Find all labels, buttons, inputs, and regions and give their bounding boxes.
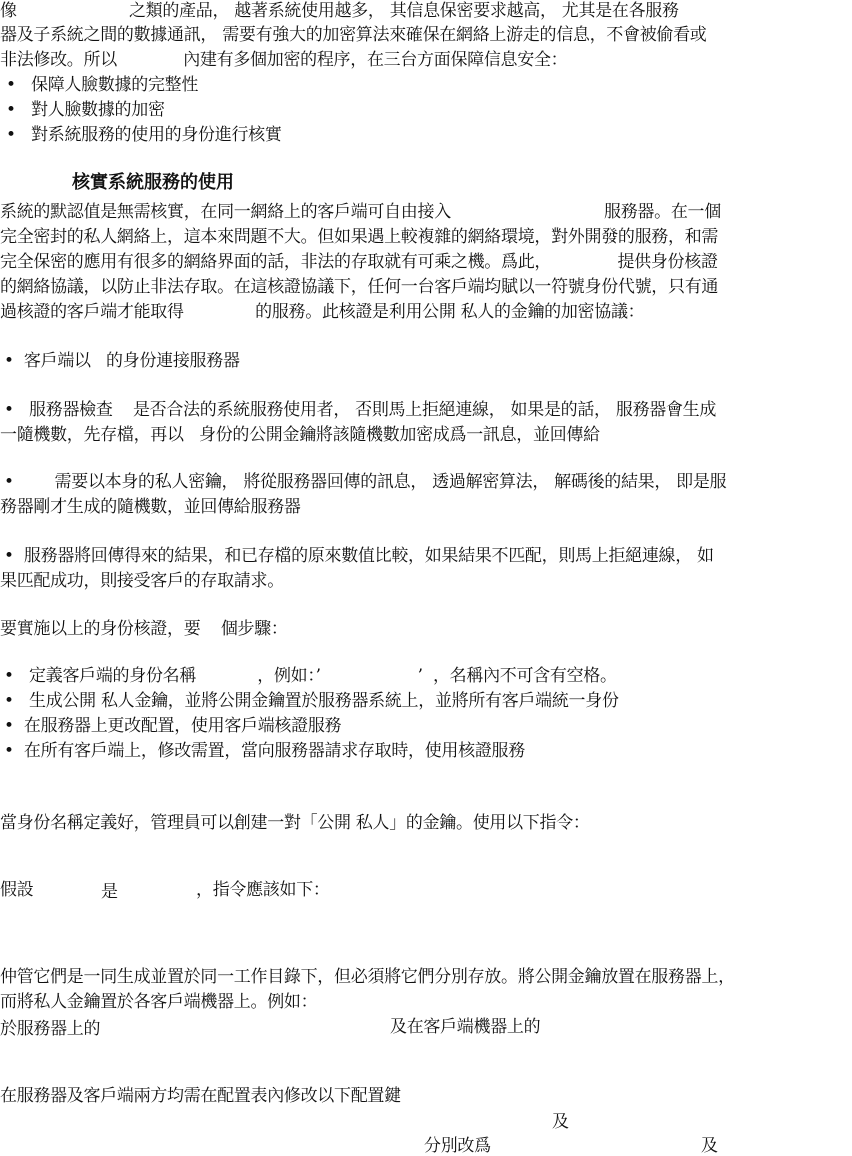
step-1: • 定義客戶端的身份名稱 ，例如：’ ’ ，名稱內不可含有空格。 bbox=[4, 665, 617, 687]
intro-line-2: 器及子系統之間的數據通訊， 需要有強大的加密算法來確保在網絡上游走的信息，不會被… bbox=[0, 24, 707, 46]
section-para-line-4: 的網絡協議，以防止非法存取。在這核證協議下，任何一台客戶端均賦以一符號身份代號，… bbox=[0, 276, 718, 298]
assume-prefix: 假設 bbox=[0, 879, 33, 901]
assume-is: 是 bbox=[101, 881, 118, 903]
config-and-1: 及 bbox=[552, 1111, 569, 1133]
intro-line-3: 非法修改。所以 內建有多個加密的程序，在三台方面保障信息安全： bbox=[0, 49, 567, 71]
storage-para-line-2: 而將私人金鑰置於各客戶端機器上。例如： bbox=[0, 991, 317, 1013]
section-para-line-2: 完全密封的私人網絡上，這本來問題不大。但如果遇上較複雜的網絡環境，對外開發的服務… bbox=[0, 226, 718, 248]
keygen-intro: 當身份名稱定義好，管理員可以創建一對「公開 私人」的金鑰。使用以下指令： bbox=[0, 812, 590, 834]
protocol-step-3-line-2: 務器剛才生成的隨機數，並回傳給服務器 bbox=[0, 496, 301, 518]
protocol-step-1: • 客戶端以 的身份連接服務器 bbox=[4, 350, 240, 372]
protocol-step-3-line-1: • 需要以本身的私人密鑰， 將從服務器回傳的訊息， 透過解密算法， 解碼後的結果… bbox=[4, 471, 726, 493]
storage-para-line-1: 仲管它們是一同生成並置於同一工作目錄下，但必須將它們分別存放。將公開金鑰放置在服… bbox=[0, 966, 735, 988]
step-2: • 生成公開 私人金鑰，並將公開金鑰置於服務器系統上，並將所有客戶端統一身份 bbox=[4, 690, 619, 712]
intro-bullet-1: • 保障人臉數據的完整性 bbox=[6, 74, 198, 96]
config-change-to: 分別改爲 bbox=[424, 1135, 491, 1156]
steps-intro: 要實施以上的身份核證，要 個步驟： bbox=[0, 618, 288, 640]
section-para-line-3: 完全保密的應用有很多的網絡界面的話，非法的存取就有可乘之機。爲此， 提供身份核證 bbox=[0, 251, 718, 273]
intro-line-1: 像 之類的產品， 越著系統使用越多， 其信息保密要求越高， 尤其是在各服務 bbox=[0, 0, 679, 22]
intro-bullet-3: • 對系統服務的使用的身份進行核實 bbox=[6, 124, 282, 146]
intro-bullet-2: • 對人臉數據的加密 bbox=[6, 99, 165, 121]
protocol-step-2-line-1: • 服務器檢查 是否合法的系統服務使用者， 否則馬上拒絕連線， 如果是的話， 服… bbox=[4, 399, 716, 421]
config-and-2: 及 bbox=[701, 1135, 718, 1156]
protocol-step-4-line-1: • 服務器將回傳得來的結果，和已存檔的原來數值比較，如果結果不匹配，則馬上拒絕連… bbox=[4, 545, 714, 567]
storage-client-label: 及在客戶端機器上的 bbox=[390, 1016, 540, 1038]
assume-suffix: ，指令應該如下： bbox=[196, 879, 330, 901]
storage-server-label: 於服務器上的 bbox=[0, 1018, 100, 1040]
protocol-step-2-line-2: 一隨機數，先存檔，再以 身份的公開金鑰將該隨機數加密成爲一訊息，並回傳給 bbox=[0, 424, 600, 446]
section-para-line-5: 過核證的客戶端才能取得 的服務。此核證是利用公開 私人的金鑰的加密協議： bbox=[0, 301, 644, 323]
step-4: • 在所有客戶端上，修改需置，當向服務器請求存取時，使用核證服務 bbox=[4, 740, 525, 762]
step-3: • 在服務器上更改配置，使用客戶端核證服務 bbox=[4, 715, 341, 737]
section-para-line-1: 系統的默認值是無需核實，在同一網絡上的客戶端可自由接入 服務器。在一個 bbox=[0, 201, 721, 223]
section-heading: 核實系統服務的使用 bbox=[72, 171, 234, 195]
protocol-step-4-line-2: 果匹配成功，則接受客戶的存取請求。 bbox=[0, 570, 284, 592]
config-para: 在服務器及客戶端兩方均需在配置表內修改以下配置鍵 bbox=[0, 1085, 401, 1107]
